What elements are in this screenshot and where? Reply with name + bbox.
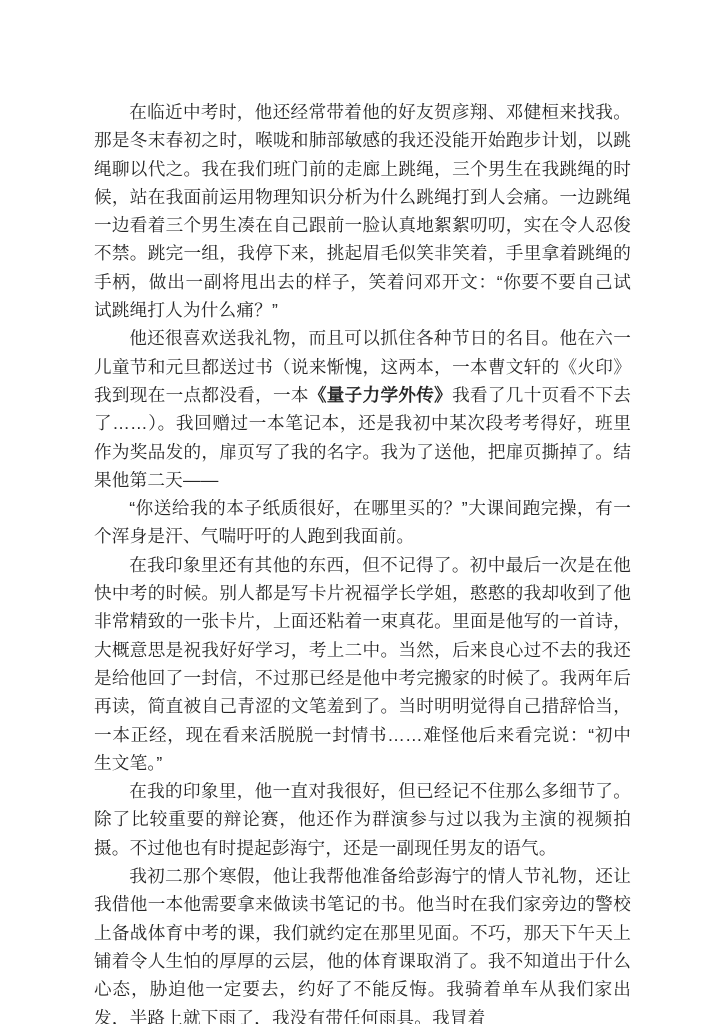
paragraph-1: 在临近中考时，他还经常带着他的好友贺彦翔、邓健桓来找我。那是冬末春初之时，喉咙和… [94,98,631,324]
paragraph-4-text: 在我印象里还有其他的东西，但不记得了。初中最后一次是在他快中考的时候。别人都是写… [94,555,631,773]
document-page: 在临近中考时，他还经常带着他的好友贺彦翔、邓健桓来找我。那是冬末春初之时，喉咙和… [0,0,725,1024]
paragraph-5-text: 在我的印象里，他一直对我很好，但已经记不住那么多细节了。除了比较重要的辩论赛，他… [94,781,631,858]
paragraph-1-text: 在临近中考时，他还经常带着他的好友贺彦翔、邓健桓来找我。那是冬末春初之时，喉咙和… [94,102,631,320]
paragraph-2-book-title-bold: 《量子力学外传》 [309,385,452,405]
paragraph-6-text: 我初二那个寒假，他让我帮他准备给彭海宁的情人节礼物，还让我借他一本他需要拿来做读… [94,866,631,1024]
paragraph-6: 我初二那个寒假，他让我帮他准备给彭海宁的情人节礼物，还让我借他一本他需要拿来做读… [94,862,631,1024]
paragraph-3-text: “你送给我的本子纸质很好，在哪里买的？”大课间跑完操，有一个浑身是汗、气喘吁吁的… [94,498,631,546]
paragraph-2: 他还很喜欢送我礼物，而且可以抓住各种节日的名目。他在六一儿童节和元旦都送过书（说… [94,324,631,494]
paragraph-3-dialogue: “你送给我的本子纸质很好，在哪里买的？”大课间跑完操，有一个浑身是汗、气喘吁吁的… [94,494,631,551]
paragraph-5: 在我的印象里，他一直对我很好，但已经记不住那么多细节了。除了比较重要的辩论赛，他… [94,777,631,862]
text-column: 在临近中考时，他还经常带着他的好友贺彦翔、邓健桓来找我。那是冬末春初之时，喉咙和… [94,98,631,1024]
paragraph-4: 在我印象里还有其他的东西，但不记得了。初中最后一次是在他快中考的时候。别人都是写… [94,551,631,777]
